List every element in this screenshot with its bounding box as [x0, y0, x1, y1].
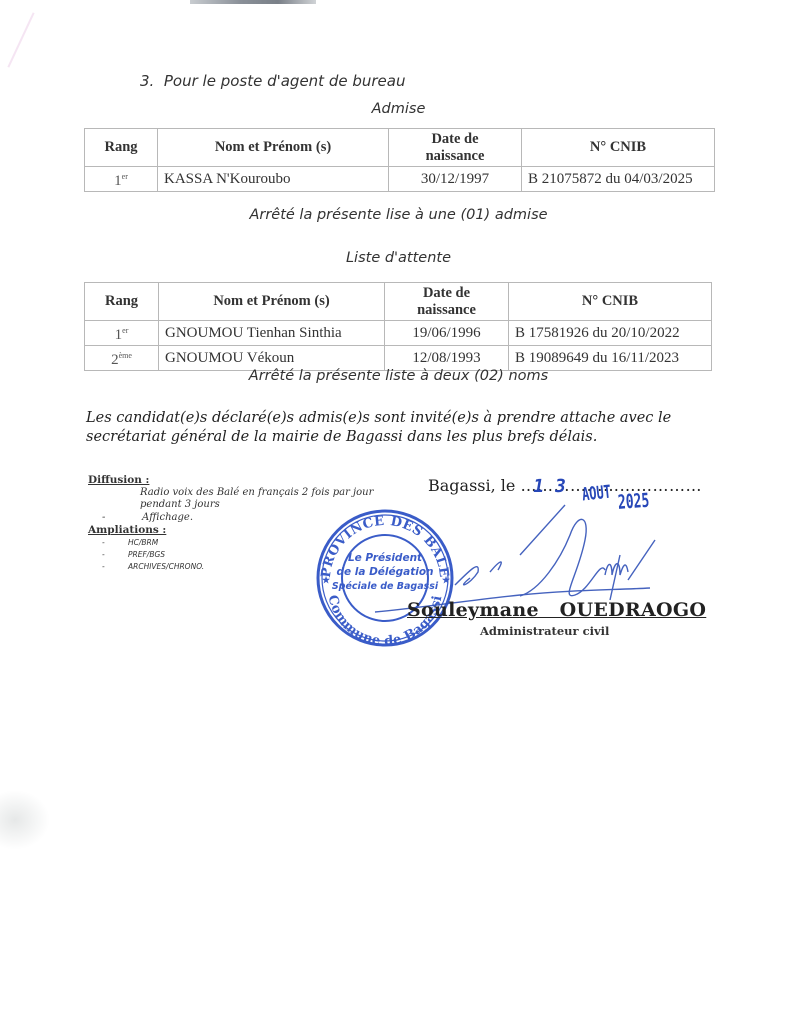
name-cell: GNOUMOU Vékoun	[159, 346, 385, 371]
notice-paragraph: Les candidat(e)s déclaré(e)s admis(e)s s…	[86, 409, 726, 447]
signer-name: Souleymane OUEDRAOGO	[407, 599, 706, 621]
ampliation-text: ARCHIVES/CHRONO.	[128, 562, 204, 571]
diffusion-item: pendant 3 jours	[88, 499, 373, 512]
scan-mark	[7, 12, 34, 67]
cnib-cell: B 19089649 du 16/11/2023	[509, 346, 712, 371]
birth-date-cell: 12/08/1993	[385, 346, 509, 371]
rank-suffix: er	[122, 172, 128, 181]
col-cnib: N° CNIB	[509, 283, 712, 321]
rank-cell: 1er	[85, 321, 159, 346]
name-cell: GNOUMOU Tienhan Sinthia	[159, 321, 385, 346]
admitted-heading: Admise	[0, 101, 797, 117]
admitted-closing: Arrêté la présente lise à une (01) admis…	[0, 207, 797, 223]
ampliation-item: -ARCHIVES/CHRONO.	[88, 561, 373, 573]
dash: -	[88, 537, 128, 549]
table-header-row: Rang Nom et Prénom (s) Date de naissance…	[85, 283, 712, 321]
dash: -	[88, 561, 128, 573]
diffusion-item: Affichage.	[128, 512, 193, 523]
birth-date-cell: 30/12/1997	[389, 167, 522, 192]
dash: -	[88, 512, 128, 525]
table-row: 1erKASSA N'Kouroubo30/12/1997B 21075872 …	[85, 167, 715, 192]
col-name: Nom et Prénom (s)	[158, 129, 389, 167]
diffusion-item: Radio voix des Balé en français 2 fois p…	[88, 487, 373, 500]
section-number: 3.	[140, 72, 154, 90]
table-header-row: Rang Nom et Prénom (s) Date de naissance…	[85, 129, 715, 167]
ampliation-item: -PREF/BGS	[88, 549, 373, 561]
svg-text:★: ★	[442, 575, 451, 586]
section-title: Pour le poste d'agent de bureau	[164, 72, 406, 90]
distribution-block: Diffusion : Radio voix des Balé en franç…	[88, 474, 373, 573]
signer-title: Administrateur civil	[480, 624, 609, 638]
rank-suffix: ème	[119, 351, 132, 360]
scan-edge-artifact	[190, 0, 316, 4]
col-rank: Rang	[85, 283, 159, 321]
name-cell: KASSA N'Kouroubo	[158, 167, 389, 192]
diffusion-item-row: -Affichage.	[88, 512, 373, 525]
cnib-cell: B 21075872 du 04/03/2025	[522, 167, 715, 192]
section-heading: 3. Pour le poste d'agent de bureau	[140, 72, 405, 90]
diffusion-label: Diffusion :	[88, 474, 373, 487]
ampliation-item: -HC/BRM	[88, 537, 373, 549]
dash: -	[88, 549, 128, 561]
waiting-list-closing: Arrêté la présente liste à deux (02) nom…	[0, 368, 797, 384]
admitted-table: Rang Nom et Prénom (s) Date de naissance…	[84, 128, 715, 192]
col-birth-date: Date de naissance	[385, 283, 509, 321]
col-name: Nom et Prénom (s)	[159, 283, 385, 321]
stamped-day: 1 3	[531, 476, 567, 497]
ampliations-label: Ampliations :	[88, 524, 373, 537]
handwritten-signature-icon	[375, 505, 655, 612]
ampliation-text: HC/BRM	[128, 538, 158, 547]
ampliation-text: PREF/BGS	[128, 550, 165, 559]
svg-text:★: ★	[322, 575, 331, 586]
col-birth-date: Date de naissance	[389, 129, 522, 167]
table-row: 2èmeGNOUMOU Vékoun12/08/1993B 19089649 d…	[85, 346, 712, 371]
table-row: 1erGNOUMOU Tienhan Sinthia19/06/1996B 17…	[85, 321, 712, 346]
waiting-list-table: Rang Nom et Prénom (s) Date de naissance…	[84, 282, 712, 371]
scan-shadow	[0, 790, 50, 850]
svg-text:Spéciale de Bagassi: Spéciale de Bagassi	[332, 581, 439, 592]
stamped-month: AOUT	[581, 481, 612, 505]
waiting-list-heading: Liste d'attente	[0, 250, 797, 266]
cnib-cell: B 17581926 du 20/10/2022	[509, 321, 712, 346]
rank-cell: 2ème	[85, 346, 159, 371]
stamped-year: 2025	[617, 490, 650, 515]
rank-cell: 1er	[85, 167, 158, 192]
col-rank: Rang	[85, 129, 158, 167]
rank-suffix: er	[122, 326, 128, 335]
place-prefix: Bagassi, le	[428, 476, 520, 495]
birth-date-cell: 19/06/1996	[385, 321, 509, 346]
col-cnib: N° CNIB	[522, 129, 715, 167]
